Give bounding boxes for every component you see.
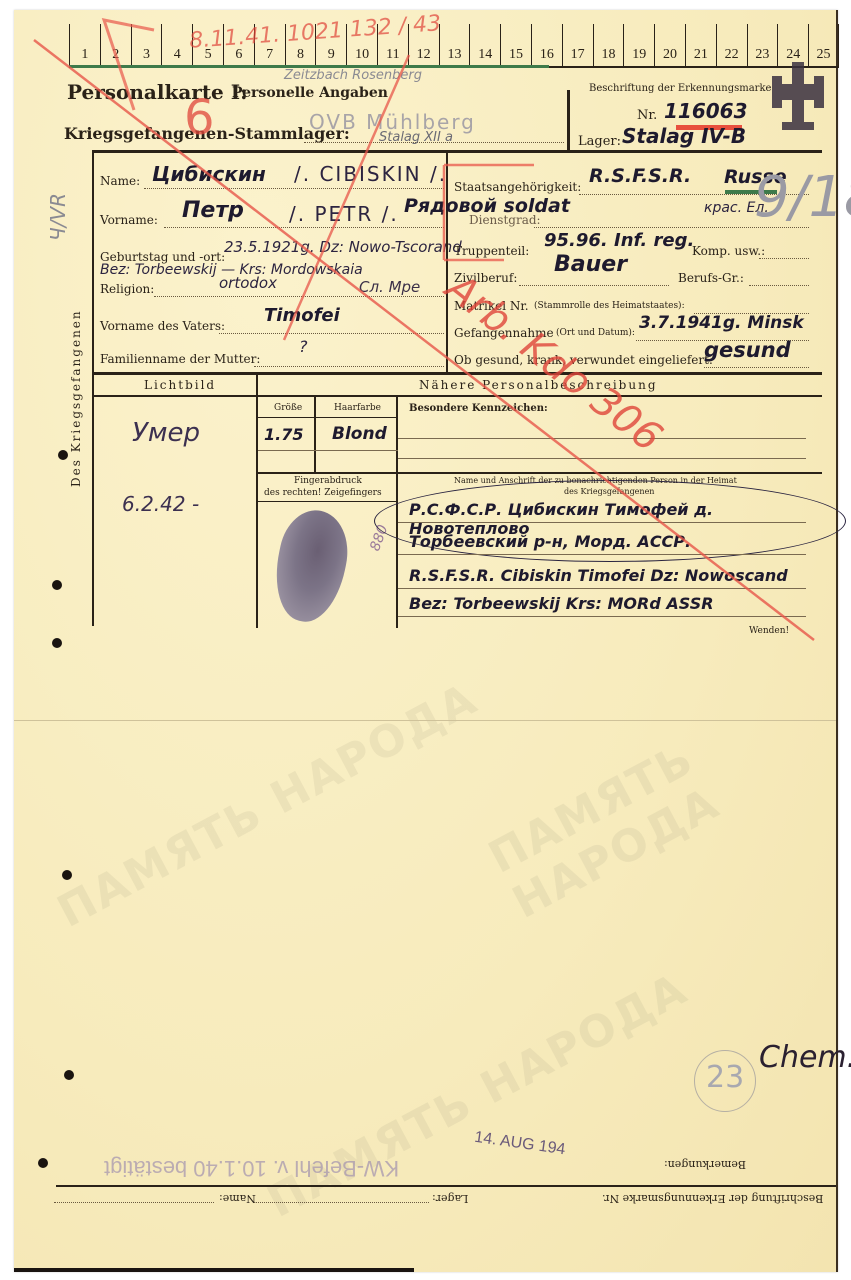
red-crossout-lines-icon xyxy=(14,10,836,650)
kw-stamp: KW-Befehl v. 10.1.40 bestätigt xyxy=(104,1155,399,1181)
bottom-lager-line xyxy=(254,1202,429,1203)
fold-line xyxy=(14,720,836,721)
bottom-edge-shadow xyxy=(14,1268,414,1272)
bottom-erkennung-label: Beschriftung der Erkennungsmarke Nr. xyxy=(602,1192,823,1205)
punch-hole xyxy=(62,870,72,880)
pow-personnel-card: ПАМЯТЬ НАРОДА ПАМЯТЬ НАРОДА ПАМЯТЬ НАРОД… xyxy=(14,10,838,1272)
punch-hole xyxy=(52,580,62,590)
bottom-name-label: Name: xyxy=(219,1192,256,1205)
bottom-lager-label: Lager: xyxy=(432,1192,468,1205)
bottom-name-line xyxy=(54,1202,214,1203)
round-stamp-text: 23 xyxy=(706,1060,744,1095)
punch-hole xyxy=(52,638,62,648)
punch-hole xyxy=(58,450,68,460)
watermark: ПАМЯТЬ НАРОДА xyxy=(259,963,695,1227)
red-numeral: 6 xyxy=(184,90,215,146)
watermark: ПАМЯТЬ НАРОДА xyxy=(49,673,485,937)
watermark: ПАМЯТЬ НАРОДА xyxy=(481,673,840,928)
bemerkungen-label: Bemerkungen: xyxy=(664,1158,746,1171)
punch-hole xyxy=(64,1070,74,1080)
signature: Chem. xyxy=(759,1040,851,1075)
rule-bottom xyxy=(56,1185,836,1187)
punch-hole xyxy=(38,1158,48,1168)
date-stamp: 14. AUG 194 xyxy=(473,1129,566,1160)
